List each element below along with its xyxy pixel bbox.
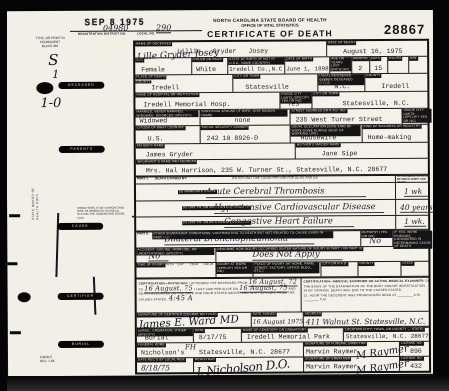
field-residence-state: USUAL RESIDENCE (WHERE DECEASED LIVED) S…: [318, 74, 365, 91]
cemetery-value: Iredell Memorial Park: [247, 333, 330, 341]
field-age-years: AGE (IN YEARS LAST BIRTHDAY) 77: [330, 57, 352, 73]
field-cemetery: NAME OF CEMETERY OR CREMATORY Iredell Me…: [242, 328, 344, 342]
field-age-minutes: MIN.: [409, 57, 431, 73]
office-subtitle: OFFICE OF VITAL STATISTICS: [184, 22, 356, 28]
findings-value: —: [403, 236, 411, 245]
margin-dash: [10, 331, 21, 334]
embalmer-typed: Marvin Raymer: [306, 363, 357, 370]
tab-deceased: DECEASED: [58, 82, 104, 89]
field-death-city: CITY OR TOWN Statesville: [233, 74, 318, 92]
minutes-label: MIN.: [409, 57, 418, 61]
street-value: 235 West Turner Street: [296, 116, 383, 124]
field-date-signed: DATE SIGNED 16 August 1975: [252, 312, 304, 326]
name-label: NAME OF DECEASED: [135, 42, 172, 46]
cause-b-value: Hypertensive Cardiovascular Disease: [214, 202, 384, 214]
field-industry: KIND OF BUSINESS OR INDUSTRY Home-making: [363, 125, 432, 142]
sex-value: Female: [141, 66, 165, 73]
field-burial-date: DATE 8/17/75: [194, 329, 242, 342]
field-inside-city-limits-2: INSIDE CITY LIMITS (SPECIFY YES OR NO) Y…: [402, 109, 431, 124]
informant-value: Mrs. Hal Harrison, 235 W. Turner St., St…: [146, 166, 387, 174]
scan-edge-right: [433, 0, 449, 391]
local-no-value: 290: [156, 23, 171, 33]
field-funeral-home: FUNERAL HOME Nicholson's FH Statesville,…: [137, 342, 304, 357]
physician-certification-text: CERTIFICATION—PHYSICIAN: I ATTENDED THE …: [137, 279, 301, 303]
tab-certifier: CERTIFIER: [58, 293, 104, 300]
form-titles: NORTH CAROLINA STATE BOARD OF HEALTH OFF…: [184, 17, 356, 39]
license2-value: 432: [410, 363, 422, 370]
dob-label: DATE OF BIRTH: [285, 57, 313, 61]
state-label: STATE: [318, 79, 331, 83]
city-label: CITY OR TOWN: [233, 75, 260, 79]
field-father: FATHER'S NAME James Gryder: [136, 144, 296, 160]
funeral-home-label: FUNERAL HOME: [137, 343, 166, 347]
part1-label: PART I.: [136, 177, 150, 181]
cemetery-label: NAME OF CEMETERY OR CREMATORY: [242, 328, 308, 332]
findings-label: IF YES, WERE FINDINGS CONSIDERED IN DETE…: [393, 231, 432, 249]
months-label: MONTHS: [352, 57, 369, 61]
interval-label: APPROXIMATE INTERVAL BETWEEN ONSET AND D…: [396, 176, 432, 185]
funeral-home-address: Statesville, N.C. 28677: [199, 349, 290, 357]
other-conditions-value: Bilateral Bronchopneumonia: [164, 233, 314, 245]
field-age-months: MONTHS 2: [352, 57, 370, 73]
part2-label: PART II.: [136, 232, 150, 236]
citizen-label: CITIZEN OF WHAT COUNTRY: [136, 126, 186, 130]
conditions-note: CONDITIONS, IF ANY, WHICH GAVE RISE TO I…: [77, 207, 129, 220]
death-county-value: Iredell: [151, 84, 179, 91]
examiner-certification-text: CERTIFICATION—MEDICAL EXAMINER OR ACTING…: [302, 278, 433, 304]
occupation-value: Housewife: [301, 134, 337, 141]
header-rule: [70, 30, 202, 32]
industry-value: Home-making: [368, 134, 412, 141]
margin-mark-s: S: [48, 51, 58, 69]
field-occupation: USUAL OCCUPATION (GIVE KIND OF WORK DONE…: [291, 125, 363, 142]
hospital-label: NAME OF HOSPITAL OR INSTITUTION: [135, 93, 199, 97]
hour-label: HOUR: [202, 263, 214, 267]
field-residence-city: CITY OR TOWN Statesville, N.C.: [312, 92, 431, 109]
row-cause-a: (a) IMMEDIATE CAUSE Acute Cerebral Throm…: [136, 183, 428, 202]
field-date-received: DATE REC'D BY LOCAL REG. 8/18/75: [137, 358, 194, 372]
form-number-note: FORM 5 REV. 1-68: [40, 356, 70, 364]
father-value: James Gryder: [146, 151, 194, 158]
year-label: YEAR: [188, 263, 199, 267]
age-value: 77: [336, 65, 344, 72]
funeral-home-hand-note: FH: [185, 343, 196, 351]
field-injury-county: COUNTY: [358, 262, 401, 276]
mother-label: MOTHER'S MAIDEN NAME: [296, 143, 341, 147]
field-certifier-address: ADDRESS 411 Walnut St. Statesville, N.C.: [304, 312, 433, 327]
field-interval-c: 1 wk.: [396, 216, 432, 229]
row-certification: CERTIFICATION—PHYSICIAN: I ATTENDED THE …: [137, 277, 429, 314]
ssn-label: SOCIAL SECURITY NUMBER: [201, 126, 249, 130]
month-label: MONTH: [160, 263, 174, 267]
field-time-of-injury: TIME OF INJURY MONTH DAY YEAR HOUR: [136, 263, 216, 277]
print-instruction: TYPE, OR PRINT IN PERMANENT BLACK INK: [28, 37, 72, 49]
field-inside-city-limits: INSIDE CITY LIMITS (SPECIFY YES OR NO) Y…: [280, 92, 312, 108]
hours-label: HOURS: [388, 57, 402, 61]
license-value: 896: [410, 348, 422, 355]
row-name: NAME OF DECEASED Lillie Gryder Josey Lil…: [135, 41, 427, 59]
director-label: SIGNATURE OF FUNERAL DIRECTOR: [304, 342, 367, 346]
row-parents: FATHER'S NAME James Gryder MOTHER'S MAID…: [136, 143, 428, 161]
embalmer-signature: M Raymer: [356, 358, 410, 377]
immediate-interval-value: 1 wk: [404, 187, 428, 197]
row-registrar: DATE REC'D BY LOCAL REG. 8/18/75 REGISTR…: [137, 357, 429, 373]
field-state-of-birth: STATE OF BIRTH (IF NOT IN U.S.A., NAME C…: [228, 58, 285, 74]
field-certification-physician: CERTIFICATION—PHYSICIAN: I ATTENDED THE …: [137, 279, 302, 313]
day-label: DAY: [176, 263, 185, 267]
field-registrar-signature: REGISTRAR J. Nicholson D.O.: [194, 357, 304, 372]
immediate-cause-value: Acute Cerebral Thrombosis: [206, 186, 366, 198]
age-days-value: 15: [374, 65, 382, 72]
tab-burial: BURIAL: [58, 341, 104, 348]
certificate-number: 28867: [384, 22, 425, 37]
tab-parents: PARENTS: [59, 146, 105, 153]
city-rfd-label: CITY OR R.F.D.: [321, 262, 348, 266]
certifier-address-value: 411 Walnut St. Statesville, N.C.: [306, 317, 426, 327]
dob-value: June 1, 1898: [286, 65, 328, 72]
res-county-label: COUNTY: [365, 74, 381, 78]
interval-b-value: 40 years: [400, 203, 433, 213]
res-city-value: Statesville, N.C.: [342, 100, 409, 107]
hospital-value: Iredell Memorial Hosp.: [143, 101, 230, 109]
field-cemetery-location: LOCATION (CITY, TOWN, OR COUNTY — STATE)…: [344, 328, 433, 342]
autopsy-value: No: [369, 236, 381, 245]
date-received-label: DATE REC'D BY LOCAL REG.: [137, 358, 186, 362]
registrar-label: REGISTRAR: [194, 358, 216, 362]
field-informant: INFORMANT'S NAME AND ADDRESS Mrs. Hal Ha…: [136, 159, 432, 176]
field-age-days: DAYS 15: [370, 57, 388, 73]
field-injury-at-work: INJURY AT WORK (SPECIFY YES OR NO): [216, 263, 253, 277]
field-place-of-injury: PLACE OF INJURY (AT HOME, FARM, STREET, …: [253, 262, 321, 276]
hour-of-death-hand: 4:45 A: [169, 294, 193, 302]
spouse-value: none: [235, 117, 251, 124]
field-cause-c: (c) DUE TO, OR AS A CONSEQUENCE OF Conge…: [136, 216, 396, 231]
street-label: STREET ADDRESS OR R.F.D. NO.: [290, 109, 347, 113]
certifier-address-label: ADDRESS: [304, 312, 322, 316]
how-injury-value: Does Not Apply: [252, 249, 342, 261]
field-hospital: NAME OF HOSPITAL OR INSTITUTION Iredell …: [135, 93, 280, 110]
scan-edge-left: [0, 0, 7, 391]
certificate-form: NAME OF DECEASED Lillie Gryder Josey Lil…: [133, 39, 431, 375]
date-of-death-value: August 16, 1975: [343, 48, 402, 55]
field-ssn: SOCIAL SECURITY NUMBER 242 10 8926-D: [201, 126, 291, 144]
at-work-label: INJURY AT WORK (SPECIFY YES OR NO): [216, 263, 252, 274]
injury-county-label: COUNTY: [358, 262, 374, 266]
field-how-injury: DESCRIBE HOW INJURY OCCURRED (ENTER NATU…: [216, 247, 432, 262]
field-interval-b: 40 years: [396, 200, 432, 215]
ssn-value: 242 10 8926-D: [207, 135, 258, 142]
age-months-value: 2: [358, 65, 362, 72]
location-value: Statesville, N.C. 28677: [346, 333, 429, 341]
certificate-paper: SEP 8 1975 REGISTRATION DISTRICT NO. 049…: [6, 9, 435, 377]
mother-value: Jane Sipe: [322, 150, 358, 157]
field-name-of-deceased: NAME OF DECEASED Lillie Gryder Josey Lil…: [135, 41, 327, 57]
injury-state-label: STATE: [401, 262, 414, 266]
enter-note: (ENTER ONLY ONE CAUSE PER LINE FOR (a), …: [231, 176, 319, 180]
copy-designation: STATE BOARD OF HEALTH COPY: [31, 174, 40, 220]
field-embalmer: SIGNATURE OF EMBALMER Marvin Raymer M Ra…: [304, 357, 400, 372]
residence-state-value: N.C.: [334, 83, 350, 90]
margin-mark-10: 1-0: [40, 96, 61, 111]
citizen-value: U.S.: [148, 135, 164, 142]
residence-county-value: Iredell: [381, 83, 409, 90]
row-burial: BURIAL, CREMATION, OTHER (SPECIFY) Buria…: [137, 327, 429, 344]
days-label: DAYS: [370, 57, 381, 61]
field-other-conditions: PART II. OTHER SIGNIFICANT CONDITIONS: C…: [136, 231, 361, 247]
field-death-county: PLACE OF DEATH COUNTY Iredell: [135, 75, 233, 93]
date-signed-value: 16 August 1975: [253, 318, 304, 325]
certificate-title: CERTIFICATE OF DEATH: [184, 28, 356, 39]
field-injury-city: CITY OR R.F.D.: [321, 262, 358, 276]
field-marital-status: MARRIED, NEVER MARRIED, WIDOWED, DIVORCE…: [135, 110, 200, 125]
row-citizen: CITIZEN OF WHAT COUNTRY U.S. SOCIAL SECU…: [136, 125, 428, 145]
race-value: White: [196, 66, 216, 73]
location-label: LOCATION (CITY, TOWN, OR COUNTY — STATE): [344, 328, 425, 332]
row-cause-b: (b) DUE TO, OR AS A CONSEQUENCE OF Hyper…: [136, 200, 428, 218]
row-hospital: NAME OF HOSPITAL OR INSTITUTION Iredell …: [135, 92, 427, 111]
field-surviving-spouse: SURVIVING SPOUSE (IF WIFE, GIVE MAIDEN N…: [200, 110, 290, 126]
birth-state-value: Iredell Co.,N.C: [229, 66, 282, 73]
scanned-death-certificate: SEP 8 1975 REGISTRATION DISTRICT NO. 049…: [0, 0, 449, 391]
field-immediate-interval: 1 wk: [396, 183, 432, 199]
director-typed: Marvin Raymer: [306, 348, 357, 355]
burial-date-label: DATE: [194, 329, 205, 333]
date-received-value: 8/18/75: [141, 363, 170, 372]
father-label: FATHER'S NAME: [136, 144, 165, 148]
inside-city2-value: Yes: [409, 116, 421, 123]
field-date-of-birth: DATE OF BIRTH June 1, 1898: [285, 57, 330, 73]
informant-label: INFORMANT'S NAME AND ADDRESS: [136, 160, 197, 164]
industry-label: KIND OF BUSINESS OR INDUSTRY: [363, 125, 422, 129]
margin-dash: [7, 262, 17, 265]
field-burial-type: BURIAL, CREMATION, OTHER (SPECIFY) Buria…: [137, 329, 194, 342]
cause-c-value: Congestive Heart Failure: [224, 216, 354, 228]
field-race: COLOR OR RACE White: [192, 58, 228, 74]
death-city-value: Statesville: [245, 84, 289, 91]
margin-mark-1: 1: [52, 68, 59, 81]
field-street-address: STREET ADDRESS OR R.F.D. NO. 235 West Tu…: [290, 109, 402, 125]
local-no-label: LOCAL NO.: [137, 31, 155, 35]
county-label: COUNTY: [135, 80, 151, 84]
tab-cause: CAUSE: [57, 223, 103, 230]
field-certifier-signature: SIGNATURE OF CERTIFIER (DEGREE OR TITLE)…: [137, 313, 252, 328]
row-informant: INFORMANT'S NAME AND ADDRESS Mrs. Hal Ha…: [136, 159, 428, 177]
field-certification-examiner: CERTIFICATION—MEDICAL EXAMINER OR ACTING…: [302, 278, 433, 312]
field-immediate-cause: (a) IMMEDIATE CAUSE Acute Cerebral Throm…: [136, 183, 396, 201]
marital-value: Widowed: [140, 117, 168, 124]
burial-type-value: Burial: [145, 334, 169, 341]
field-mother: MOTHER'S MAIDEN NAME Jane Sipe: [296, 143, 432, 159]
field-date-of-death: DATE OF DEATH August 16, 1975: [327, 41, 431, 57]
accident-value: No: [148, 251, 168, 261]
field-injury-state: STATE: [401, 262, 432, 276]
field-residence-county: COUNTY Iredell: [365, 74, 431, 91]
inside-city-value: Yes: [287, 101, 299, 108]
row-certifier-signature: SIGNATURE OF CERTIFIER (DEGREE OR TITLE)…: [137, 312, 429, 329]
embalmer-label: SIGNATURE OF EMBALMER: [304, 357, 351, 361]
field-autopsy: AUTOPSY (YES OR NO) No: [361, 231, 393, 246]
funeral-home-name: Nicholson's: [141, 349, 185, 356]
burial-date-value: 8/17/75: [199, 334, 227, 341]
field-citizen: CITIZEN OF WHAT COUNTRY U.S.: [136, 126, 201, 143]
scan-edge-bottom: [0, 376, 449, 391]
interval-c-value: 1 wk.: [404, 217, 426, 227]
row-funeral-home: FUNERAL HOME Nicholson's FH Statesville,…: [137, 342, 429, 359]
registration-district-value: 04980: [103, 24, 129, 33]
place-of-injury-label: PLACE OF INJURY (AT HOME, FARM, STREET, …: [253, 262, 319, 273]
date-of-death-label: DATE OF DEATH: [327, 41, 356, 45]
field-cause-b: (b) DUE TO, OR AS A CONSEQUENCE OF Hyper…: [136, 200, 396, 217]
margin-dash: [9, 214, 20, 217]
field-accident: ACCIDENT, SUICIDE, HOMICIDE, OR UNDETERM…: [136, 248, 216, 262]
date-signed-label: DATE SIGNED: [252, 313, 277, 317]
row-injury-detail: TIME OF INJURY MONTH DAY YEAR HOUR INJUR…: [136, 262, 428, 279]
res-city-label: CITY OR TOWN: [312, 92, 339, 96]
interval-header: APPROXIMATE INTERVAL BETWEEN ONSET AND D…: [396, 176, 432, 182]
birth-state-label: STATE OF BIRTH (IF NOT IN U.S.A., NAME C…: [228, 58, 284, 66]
field-age-hours: HOURS: [388, 57, 409, 73]
scan-edge-top: [0, 0, 449, 10]
row-place-of-death: PLACE OF DEATH COUNTY Iredell CITY OR TO…: [135, 74, 427, 94]
punch-hole: [18, 292, 31, 302]
field-autopsy-findings: IF YES, WERE FINDINGS CONSIDERED IN DETE…: [393, 231, 432, 246]
field-funeral-director: SIGNATURE OF FUNERAL DIRECTOR Marvin Ray…: [304, 342, 400, 357]
caused-by-label: DEATH CAUSED BY:: [154, 177, 188, 181]
punch-hole: [36, 82, 53, 94]
